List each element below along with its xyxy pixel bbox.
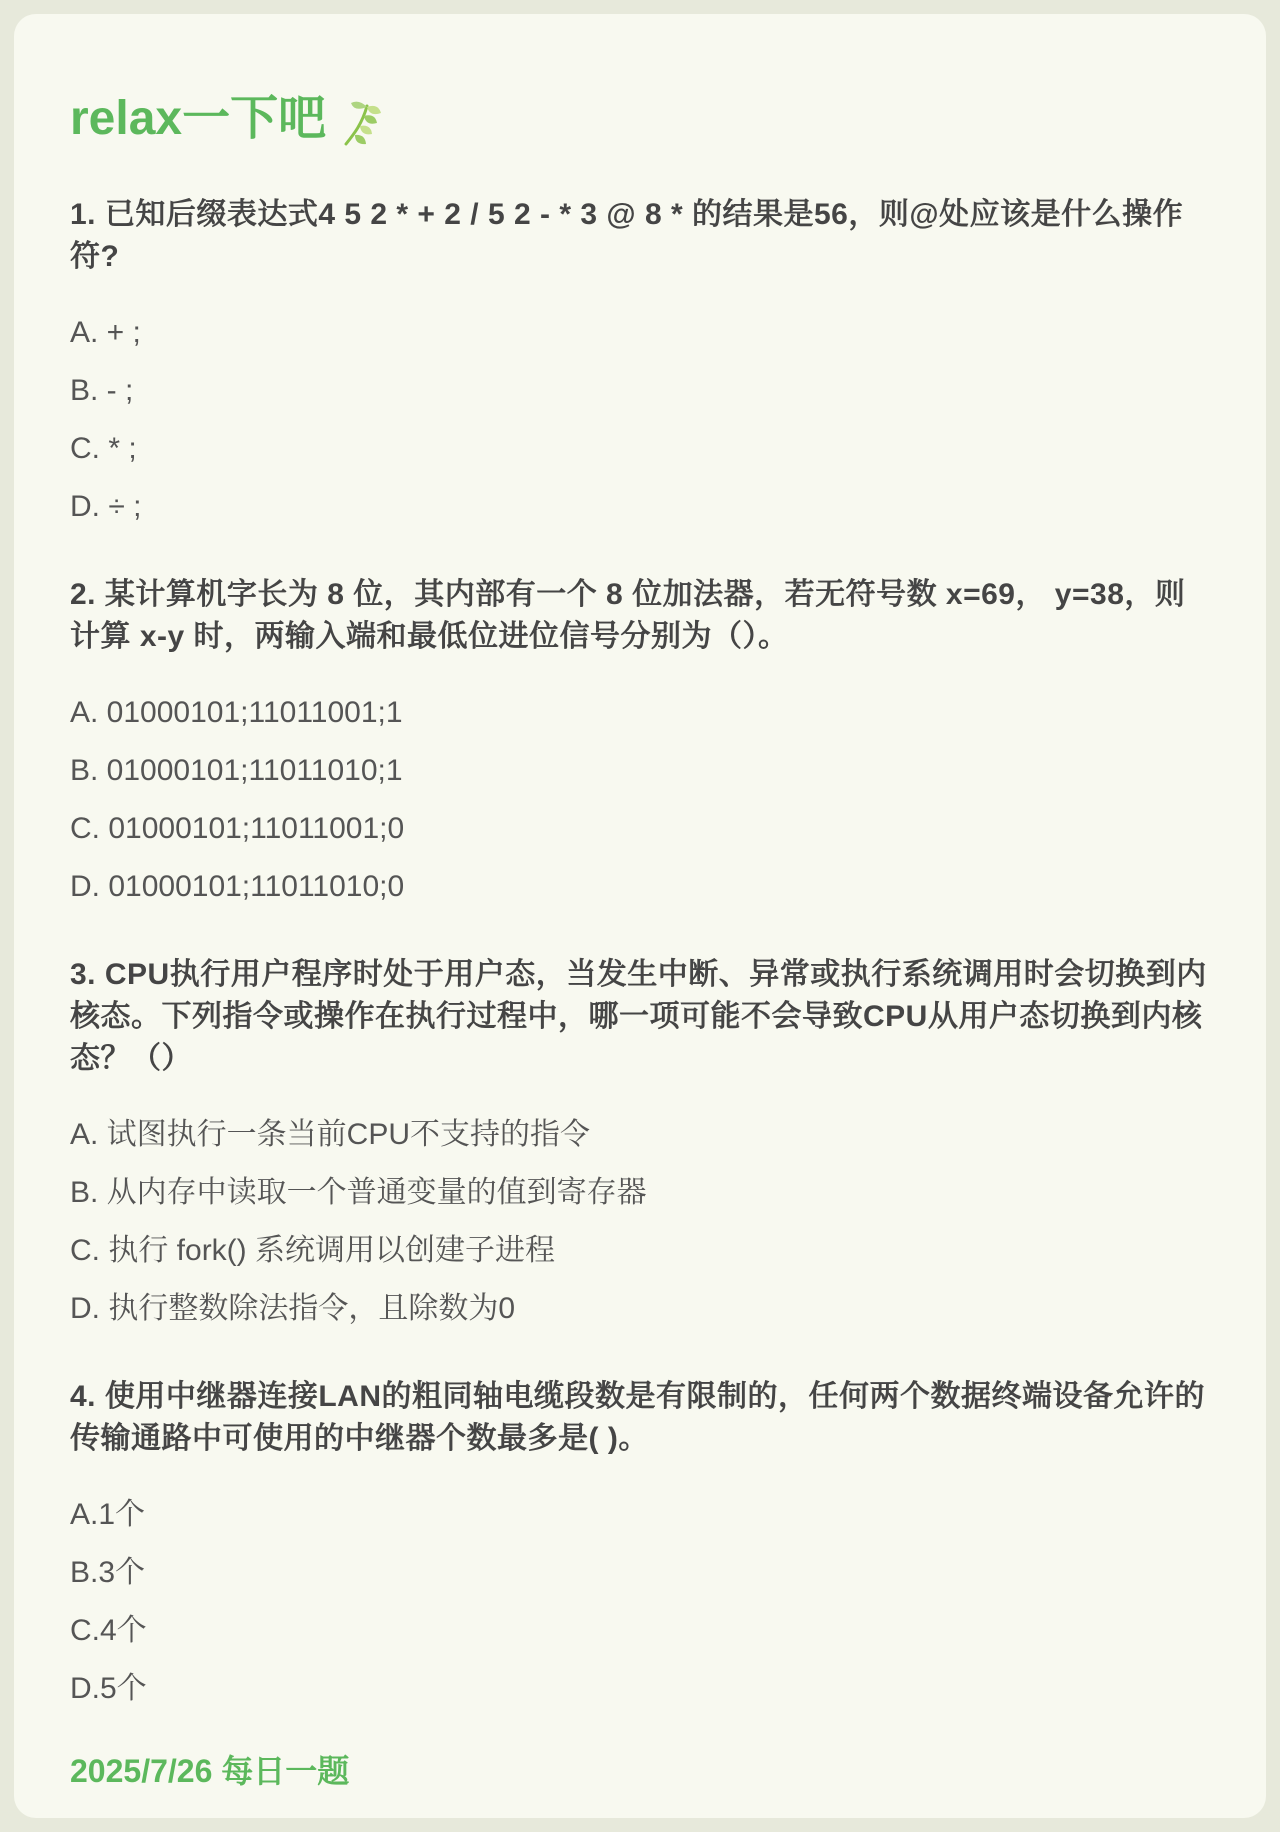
question-1-option-a: A. + ; [70,312,1208,354]
question-3-option-b: B. 从内存中读取一个普通变量的值到寄存器 [70,1172,1208,1214]
question-block-1: 1. 已知后缀表达式4 5 2 * + 2 / 5 2 - * 3 @ 8 * … [70,194,1208,528]
page-title: relax一下吧 [70,90,1208,148]
question-1-option-d: D. ÷ ; [70,486,1208,528]
question-1-text: 1. 已知后缀表达式4 5 2 * + 2 / 5 2 - * 3 @ 8 * … [70,194,1208,278]
daily-question-date-label: 2025/7/26 每日一题 [70,1750,1208,1792]
question-3-text: 3. CPU执行用户程序时处于用户态，当发生中断、异常或执行系统调用时会切换到内… [70,954,1208,1080]
question-2-option-a: A. 01000101;11011001;1 [70,692,1208,734]
question-2-text: 2. 某计算机字长为 8 位，其内部有一个 8 位加法器，若无符号数 x=69，… [70,574,1208,658]
question-3-option-a: A. 试图执行一条当前CPU不支持的指令 [70,1114,1208,1156]
question-3-option-d: D. 执行整数除法指令，且除数为0 [70,1288,1208,1330]
question-3-option-c: C. 执行 fork() 系统调用以创建子进程 [70,1230,1208,1272]
question-4-options: A.1个 B.3个 C.4个 D.5个 [70,1494,1208,1710]
question-block-3: 3. CPU执行用户程序时处于用户态，当发生中断、异常或执行系统调用时会切换到内… [70,954,1208,1330]
herb-icon [336,98,382,148]
question-2-option-b: B. 01000101;11011010;1 [70,750,1208,792]
question-2-option-d: D. 01000101;11011010;0 [70,866,1208,908]
question-4-option-b: B.3个 [70,1552,1208,1594]
question-4-text: 4. 使用中继器连接LAN的粗同轴电缆段数是有限制的，任何两个数据终端设备允许的… [70,1376,1208,1460]
question-block-4: 4. 使用中继器连接LAN的粗同轴电缆段数是有限制的，任何两个数据终端设备允许的… [70,1376,1208,1710]
question-4-option-d: D.5个 [70,1668,1208,1710]
question-block-2: 2. 某计算机字长为 8 位，其内部有一个 8 位加法器，若无符号数 x=69，… [70,574,1208,908]
question-3-options: A. 试图执行一条当前CPU不支持的指令 B. 从内存中读取一个普通变量的值到寄… [70,1114,1208,1330]
quiz-card: relax一下吧 1. 已知后缀表达式4 5 2 * + 2 / 5 2 - *… [14,14,1266,1818]
question-4-option-c: C.4个 [70,1610,1208,1652]
question-1-option-b: B. - ; [70,370,1208,412]
question-1-options: A. + ; B. - ; C. * ; D. ÷ ; [70,312,1208,528]
question-2-option-c: C. 01000101;11011001;0 [70,808,1208,850]
question-2-options: A. 01000101;11011001;1 B. 01000101;11011… [70,692,1208,908]
question-4-option-a: A.1个 [70,1494,1208,1536]
page-title-text: relax一下吧 [70,91,326,147]
question-1-option-c: C. * ; [70,428,1208,470]
